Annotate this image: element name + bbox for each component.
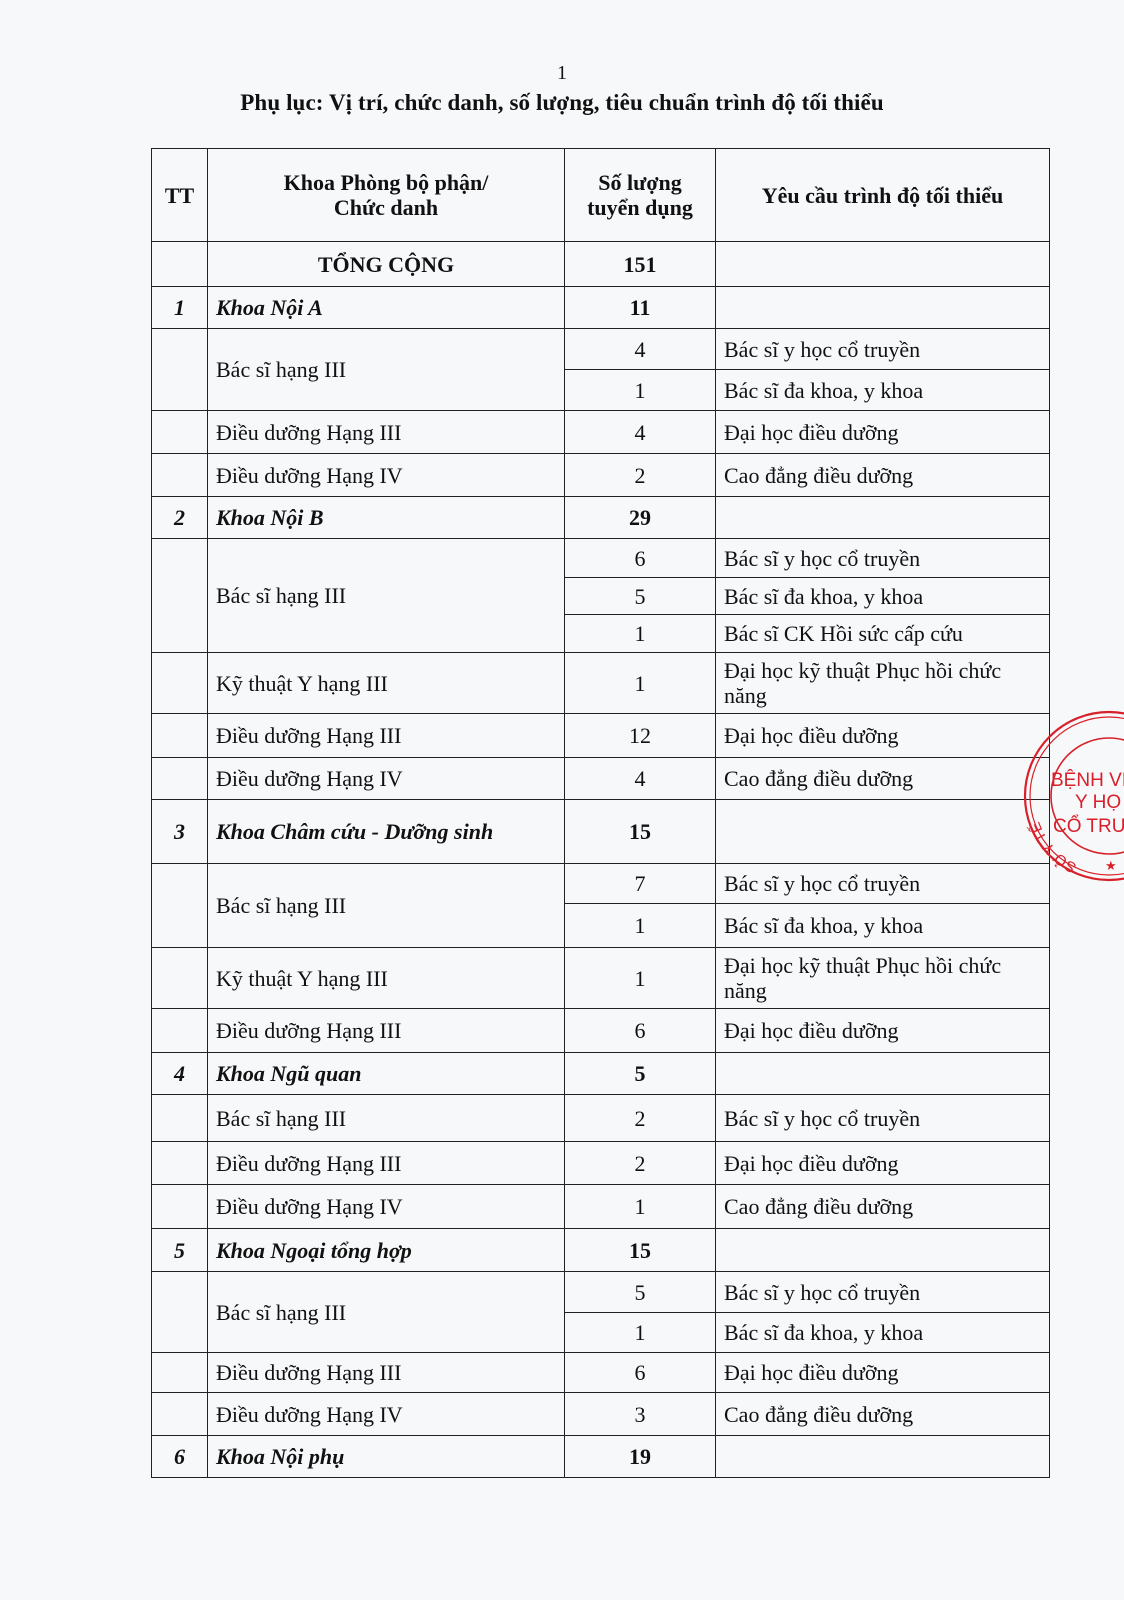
header-requirement: Yêu cầu trình độ tối thiểu: [716, 149, 1050, 242]
position-quantity: 7: [565, 864, 716, 904]
position-title: Điều dưỡng Hạng III: [208, 411, 565, 454]
position-requirement: Bác sĩ đa khoa, y khoa: [716, 370, 1050, 411]
stamp-line-3: CỔ TRU: [1053, 815, 1124, 837]
section-quantity: 29: [565, 497, 716, 539]
position-requirement: Đại học điều dưỡng: [716, 1142, 1050, 1185]
section-row: 3Khoa Châm cứu - Dưỡng sinh15: [152, 800, 1050, 864]
stamp-line-1: BỆNH VI: [1051, 769, 1124, 791]
empty-tt-cell: [152, 454, 208, 497]
position-requirement: Đại học điều dưỡng: [716, 411, 1050, 454]
position-requirement: Cao đẳng điều dưỡng: [716, 1393, 1050, 1436]
position-requirement: Cao đẳng điều dưỡng: [716, 1185, 1050, 1229]
position-quantity: 5: [565, 1272, 716, 1313]
empty-tt-cell: [152, 653, 208, 714]
section-requirement: [716, 1053, 1050, 1095]
section-requirement: [716, 1436, 1050, 1478]
position-requirement: Bác sĩ đa khoa, y khoa: [716, 1313, 1050, 1353]
empty-tt-cell: [152, 1142, 208, 1185]
section-quantity: 19: [565, 1436, 716, 1478]
recruitment-table: TT Khoa Phòng bộ phận/ Chức danh Số lượn…: [151, 148, 1050, 1478]
position-row: Điều dưỡng Hạng IV3Cao đẳng điều dưỡng: [152, 1393, 1050, 1436]
position-quantity: 1: [565, 948, 716, 1009]
empty-tt-cell: [152, 1353, 208, 1393]
position-requirement: Đại học kỹ thuật Phục hồi chức năng: [716, 653, 1050, 714]
section-row: 4Khoa Ngũ quan5: [152, 1053, 1050, 1095]
empty-tt-cell: [152, 329, 208, 411]
section-name: Khoa Ngũ quan: [208, 1053, 565, 1095]
section-row: 6Khoa Nội phụ19: [152, 1436, 1050, 1478]
empty-tt-cell: [152, 714, 208, 758]
section-requirement: [716, 497, 1050, 539]
section-name: Khoa Nội A: [208, 287, 565, 329]
position-quantity: 2: [565, 1142, 716, 1185]
position-title: Bác sĩ hạng III: [208, 1095, 565, 1142]
section-requirement: [716, 287, 1050, 329]
position-quantity: 4: [565, 329, 716, 370]
empty-tt-cell: [152, 758, 208, 800]
position-requirement: Đại học điều dưỡng: [716, 1353, 1050, 1393]
header-quantity: Số lượng tuyển dụng: [565, 149, 716, 242]
empty-tt-cell: [152, 948, 208, 1009]
position-row: Điều dưỡng Hạng IV4Cao đẳng điều dưỡng: [152, 758, 1050, 800]
position-row: Kỹ thuật Y hạng III1Đại học kỹ thuật Phụ…: [152, 653, 1050, 714]
position-quantity: 1: [565, 653, 716, 714]
position-quantity: 1: [565, 370, 716, 411]
empty-tt-cell: [152, 864, 208, 948]
position-title: Điều dưỡng Hạng IV: [208, 454, 565, 497]
position-title: Bác sĩ hạng III: [208, 539, 565, 653]
section-number: 3: [152, 800, 208, 864]
header-tt: TT: [152, 149, 208, 242]
empty-tt-cell: [152, 411, 208, 454]
position-quantity: 1: [565, 904, 716, 948]
section-number: 2: [152, 497, 208, 539]
position-requirement: Bác sĩ y học cổ truyền: [716, 1095, 1050, 1142]
empty-tt-cell: [152, 1185, 208, 1229]
star-icon: ★: [1105, 858, 1117, 873]
section-row: 5Khoa Ngoại tổng hợp15: [152, 1229, 1050, 1272]
section-requirement: [716, 1229, 1050, 1272]
position-title: Kỹ thuật Y hạng III: [208, 653, 565, 714]
position-row: Điều dưỡng Hạng IV1Cao đẳng điều dưỡng: [152, 1185, 1050, 1229]
empty-tt-cell: [152, 1095, 208, 1142]
section-name: Khoa Châm cứu - Dưỡng sinh: [208, 800, 565, 864]
position-title: Điều dưỡng Hạng III: [208, 1009, 565, 1053]
section-quantity: 15: [565, 800, 716, 864]
position-row: Điều dưỡng Hạng III6Đại học điều dưỡng: [152, 1009, 1050, 1053]
position-requirement: Cao đẳng điều dưỡng: [716, 758, 1050, 800]
position-title: Điều dưỡng Hạng III: [208, 1142, 565, 1185]
position-quantity: 2: [565, 1095, 716, 1142]
section-row: 1Khoa Nội A11: [152, 287, 1050, 329]
position-requirement: Đại học điều dưỡng: [716, 714, 1050, 758]
position-row: Điều dưỡng Hạng IV2Cao đẳng điều dưỡng: [152, 454, 1050, 497]
section-number: 4: [152, 1053, 208, 1095]
position-quantity: 1: [565, 615, 716, 653]
position-requirement: Đại học kỹ thuật Phục hồi chức năng: [716, 948, 1050, 1009]
position-row: Bác sĩ hạng III7Bác sĩ y học cổ truyền: [152, 864, 1050, 904]
header-department: Khoa Phòng bộ phận/ Chức danh: [208, 149, 565, 242]
position-row: Điều dưỡng Hạng III12Đại học điều dưỡng: [152, 714, 1050, 758]
position-requirement: Bác sĩ đa khoa, y khoa: [716, 578, 1050, 615]
position-quantity: 1: [565, 1185, 716, 1229]
position-requirement: Bác sĩ y học cổ truyền: [716, 864, 1050, 904]
position-title: Điều dưỡng Hạng III: [208, 1353, 565, 1393]
empty-tt-cell: [152, 539, 208, 653]
section-number: 5: [152, 1229, 208, 1272]
position-row: Kỹ thuật Y hạng III1Đại học kỹ thuật Phụ…: [152, 948, 1050, 1009]
position-quantity: 12: [565, 714, 716, 758]
empty-tt-cell: [152, 1009, 208, 1053]
document-title: Phụ lục: Vị trí, chức danh, số lượng, ti…: [0, 90, 1124, 116]
total-row: TỔNG CỘNG 151: [152, 242, 1050, 287]
section-name: Khoa Nội phụ: [208, 1436, 565, 1478]
position-quantity: 4: [565, 758, 716, 800]
section-number: 1: [152, 287, 208, 329]
section-quantity: 15: [565, 1229, 716, 1272]
position-quantity: 5: [565, 578, 716, 615]
position-requirement: Bác sĩ đa khoa, y khoa: [716, 904, 1050, 948]
empty-tt-cell: [152, 1272, 208, 1353]
position-quantity: 6: [565, 1353, 716, 1393]
position-title: Điều dưỡng Hạng IV: [208, 1185, 565, 1229]
section-requirement: [716, 800, 1050, 864]
position-row: Điều dưỡng Hạng III6Đại học điều dưỡng: [152, 1353, 1050, 1393]
position-quantity: 6: [565, 539, 716, 578]
position-quantity: 6: [565, 1009, 716, 1053]
position-requirement: Bác sĩ CK Hồi sức cấp cứu: [716, 615, 1050, 653]
empty-tt-cell: [152, 1393, 208, 1436]
section-number: 6: [152, 1436, 208, 1478]
total-quantity: 151: [565, 242, 716, 287]
section-name: Khoa Ngoại tổng hợp: [208, 1229, 565, 1272]
position-title: Điều dưỡng Hạng IV: [208, 758, 565, 800]
page-number: 1: [0, 62, 1124, 85]
position-requirement: Bác sĩ y học cổ truyền: [716, 329, 1050, 370]
stamp-line-2: Y HỌ: [1075, 792, 1121, 813]
position-title: Kỹ thuật Y hạng III: [208, 948, 565, 1009]
position-row: Bác sĩ hạng III4Bác sĩ y học cổ truyền: [152, 329, 1050, 370]
position-title: Bác sĩ hạng III: [208, 1272, 565, 1353]
position-requirement: Bác sĩ y học cổ truyền: [716, 539, 1050, 578]
section-quantity: 5: [565, 1053, 716, 1095]
section-name: Khoa Nội B: [208, 497, 565, 539]
position-title: Bác sĩ hạng III: [208, 329, 565, 411]
position-requirement: Cao đẳng điều dưỡng: [716, 454, 1050, 497]
position-row: Bác sĩ hạng III2Bác sĩ y học cổ truyền: [152, 1095, 1050, 1142]
position-row: Điều dưỡng Hạng III2Đại học điều dưỡng: [152, 1142, 1050, 1185]
position-requirement: Bác sĩ y học cổ truyền: [716, 1272, 1050, 1313]
total-label: TỔNG CỘNG: [208, 242, 565, 287]
position-row: Bác sĩ hạng III5Bác sĩ y học cổ truyền: [152, 1272, 1050, 1313]
position-quantity: 1: [565, 1313, 716, 1353]
position-quantity: 3: [565, 1393, 716, 1436]
section-quantity: 11: [565, 287, 716, 329]
position-title: Điều dưỡng Hạng IV: [208, 1393, 565, 1436]
position-row: Điều dưỡng Hạng III4Đại học điều dưỡng: [152, 411, 1050, 454]
position-title: Điều dưỡng Hạng III: [208, 714, 565, 758]
position-requirement: Đại học điều dưỡng: [716, 1009, 1050, 1053]
position-title: Bác sĩ hạng III: [208, 864, 565, 948]
position-quantity: 2: [565, 454, 716, 497]
table-header-row: TT Khoa Phòng bộ phận/ Chức danh Số lượn…: [152, 149, 1050, 242]
position-quantity: 4: [565, 411, 716, 454]
section-row: 2Khoa Nội B29: [152, 497, 1050, 539]
position-row: Bác sĩ hạng III6Bác sĩ y học cổ truyền: [152, 539, 1050, 578]
